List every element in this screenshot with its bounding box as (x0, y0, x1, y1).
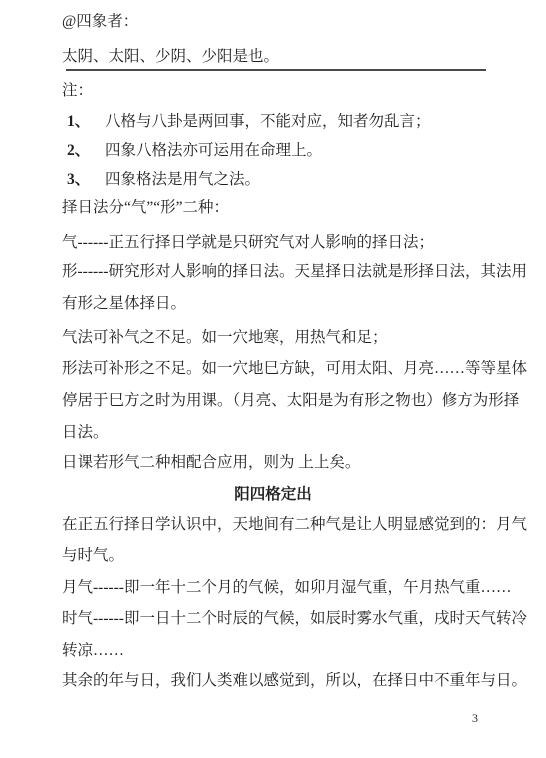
section-para-line: 在正五行择日学认识中，天地间有二种气是让人明显感觉到的：月气 (62, 514, 527, 536)
combined-use-line: 日课若形气二种相配合应用，则为 上上矣。 (62, 452, 360, 474)
closing-line: 其余的年与日，我们人类难以感觉到，所以，在择日中不重年与日。 (62, 670, 527, 692)
note-label: 注： (62, 80, 93, 102)
note-item-text: 八格与八卦是两回事，不能对应，知者勿乱言； (105, 113, 431, 130)
shi-qi-definition-line: 转凉…… (62, 640, 124, 662)
yue-qi-definition: 月气------即一年十二个月的气候，如卯月湿气重，午月热气重…… (62, 577, 511, 599)
document-page: @四象者： 太阴、太阳、少阴、少阳是也。 注： 1、八格与八卦是两回事，不能对应… (0, 0, 546, 758)
note-item-text: 四象格法是用气之法。 (105, 171, 260, 188)
note-item-number: 1、 (67, 111, 105, 133)
xing-definition-line: 有形之星体择日。 (62, 293, 186, 315)
method-intro: 择日法分“气”“形”二种： (62, 197, 229, 219)
note-item: 1、八格与八卦是两回事，不能对应，知者勿乱言； (67, 111, 431, 133)
shi-qi-definition-line: 时气------即一日十二个时辰的气候，如辰时雾水气重，戌时天气转冷 (62, 608, 527, 630)
section-para-line: 与时气。 (62, 545, 124, 567)
note-item: 3、四象格法是用气之法。 (67, 169, 260, 191)
xing-supplement-line: 停居于巳方之时为用课。（月亮、太阳是为有形之物也）修方为形择 (62, 390, 519, 412)
intro-title: @四象者： (62, 11, 138, 33)
xing-supplement-line: 日法。 (62, 422, 109, 444)
note-item: 2、四象八格法亦可运用在命理上。 (67, 140, 322, 162)
horizontal-rule (66, 69, 486, 71)
page-number: 3 (472, 710, 478, 726)
qi-definition: 气------正五行择日学就是只研究气对人影响的择日法； (62, 232, 434, 254)
note-item-text: 四象八格法亦可运用在命理上。 (105, 142, 322, 159)
section-heading: 阳四格定出 (0, 484, 546, 506)
xing-supplement-line: 形法可补形之不足。如一穴地巳方缺，可用太阳、月亮……等等星体 (62, 358, 527, 380)
xing-definition-line: 形------研究形对人影响的择日法。天星择日法就是形择日法，其法用 (62, 261, 527, 283)
note-item-number: 3、 (67, 169, 105, 191)
intro-body: 太阴、太阳、少阴、少阳是也。 (62, 46, 279, 68)
qi-supplement: 气法可补气之不足。如一穴地寒，用热气和足； (62, 327, 388, 349)
note-item-number: 2、 (67, 140, 105, 162)
